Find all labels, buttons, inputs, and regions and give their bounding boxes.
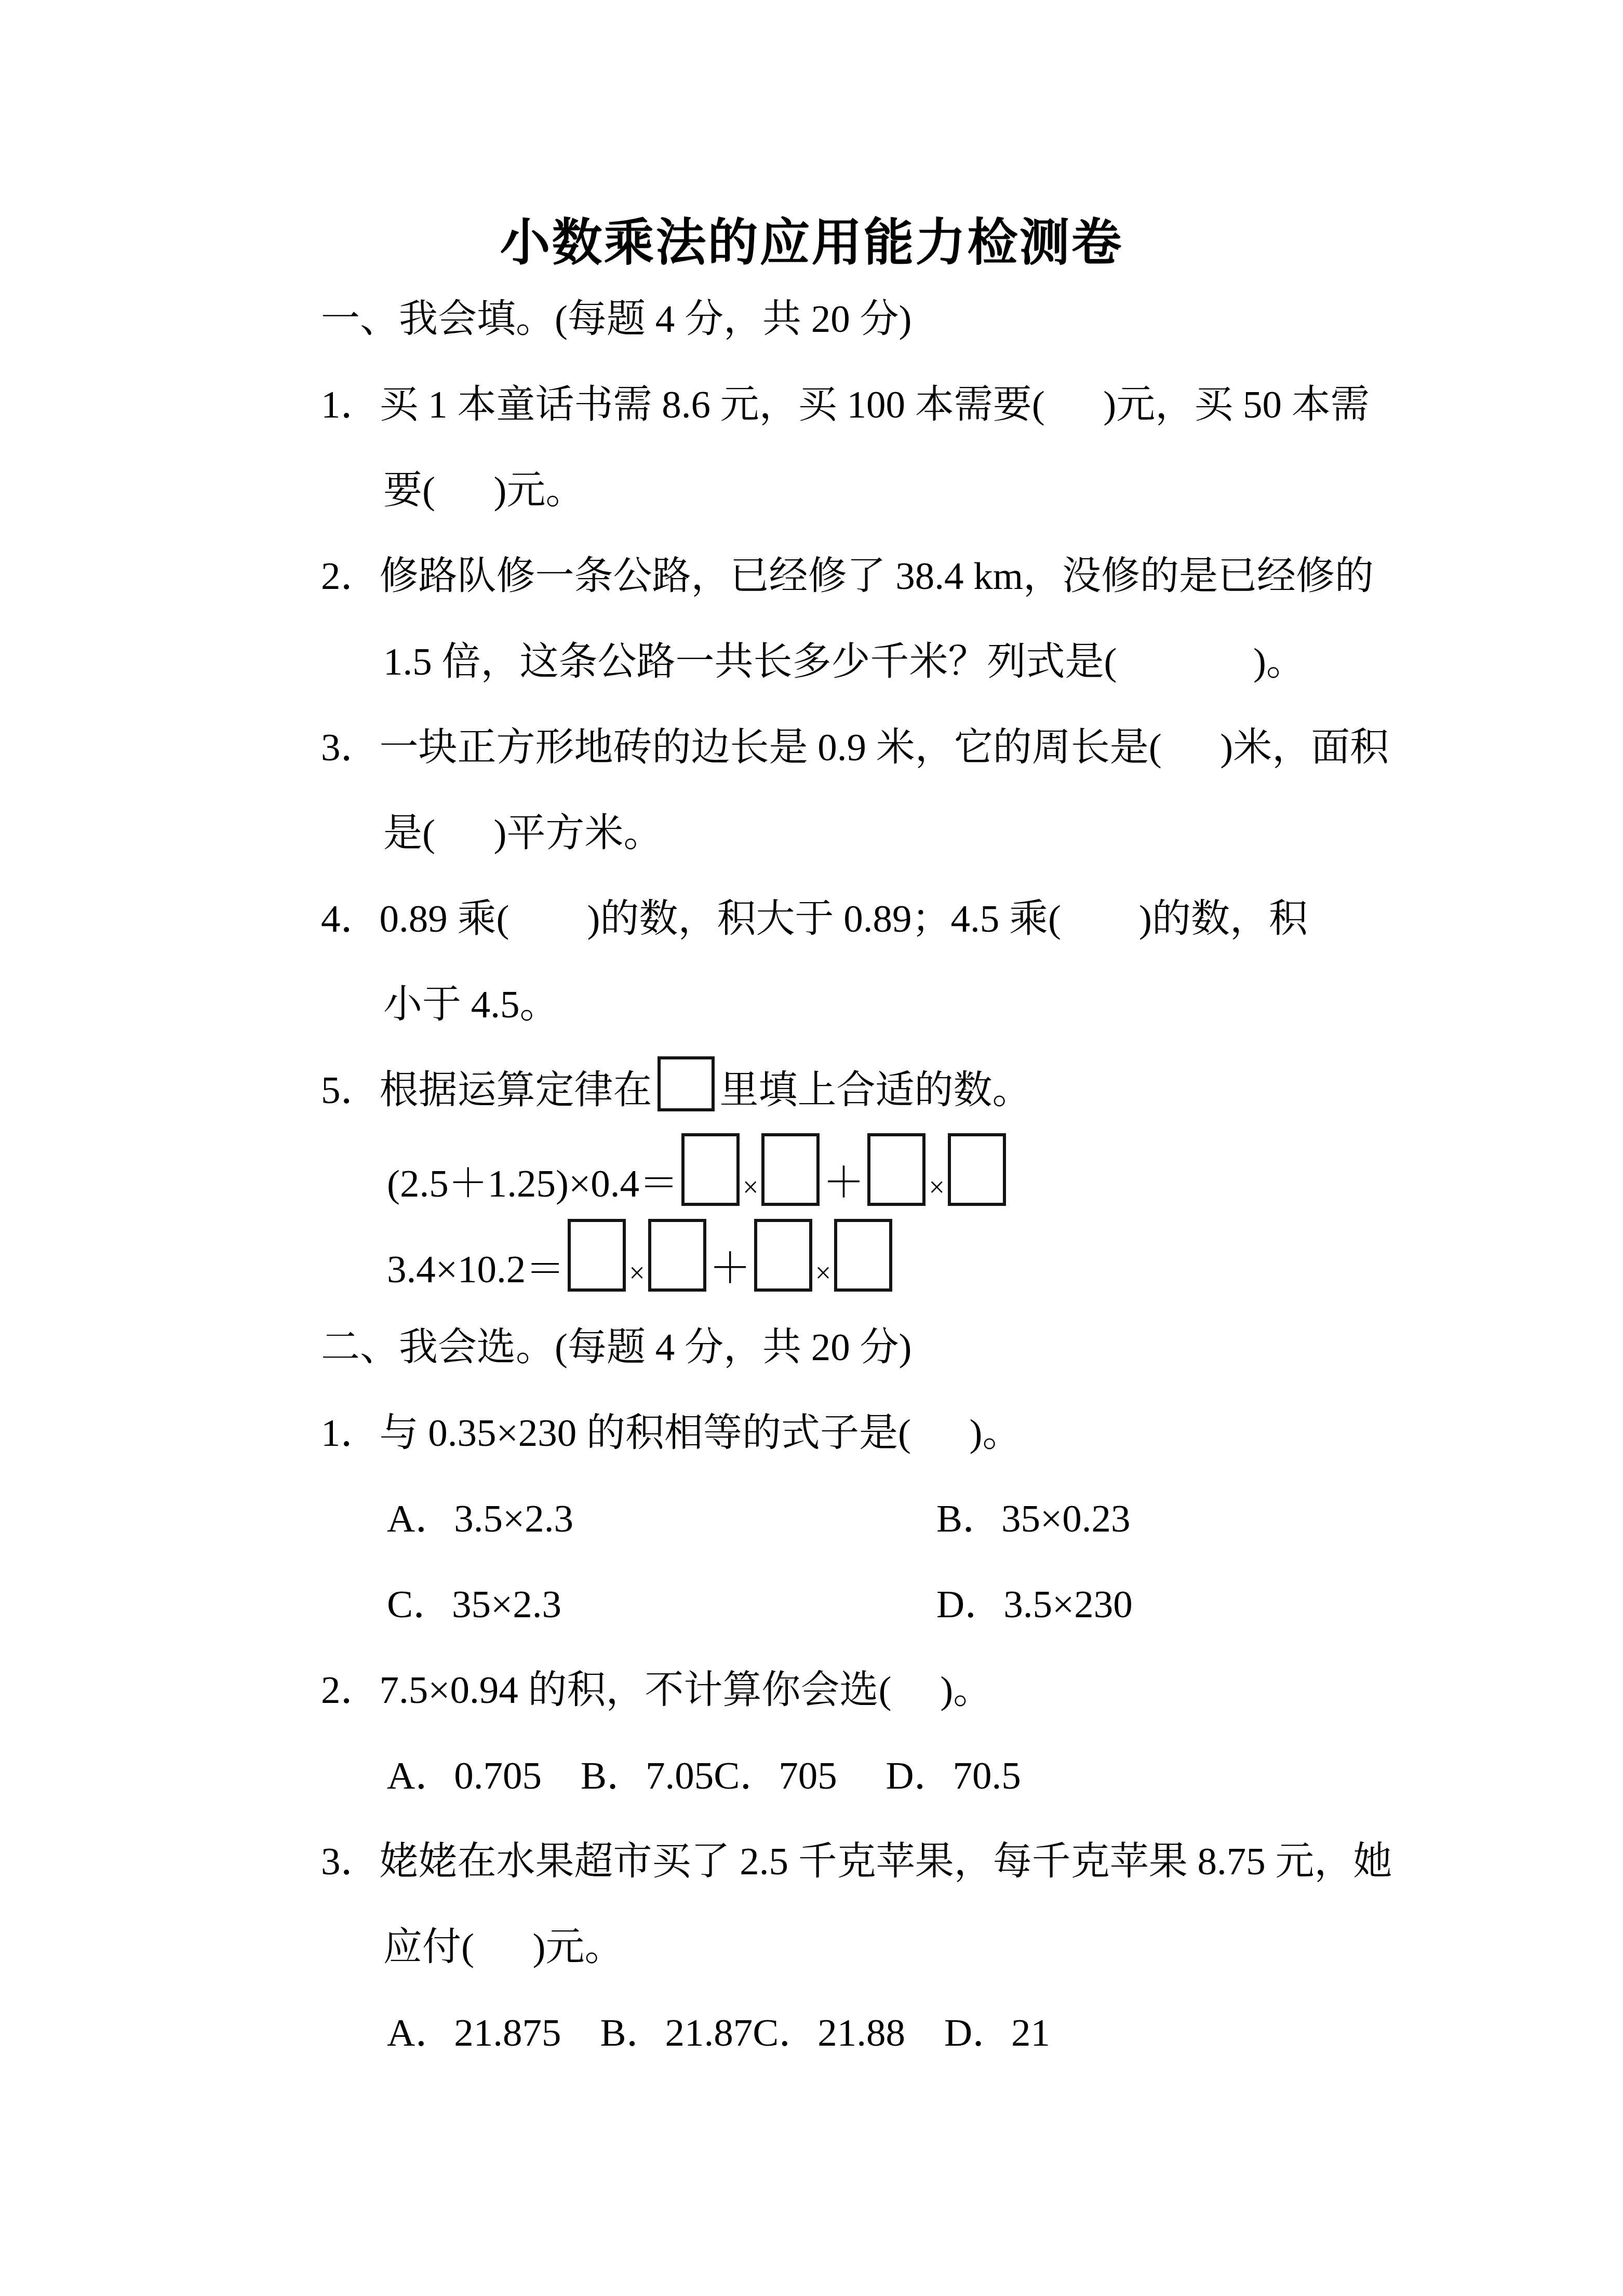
fill-in-box <box>681 1133 740 1206</box>
section2-q3-line2: 应付( )元。 <box>383 1904 1623 1990</box>
fill-in-box <box>834 1219 892 1292</box>
section2-q3-line1: 3．姥姥在水果超市买了 2.5 千克苹果，每千克苹果 8.75 元，她 <box>321 1819 1623 1904</box>
q1-line2: 要( )元。 <box>383 448 1623 533</box>
fill-in-box <box>658 1056 715 1111</box>
plus-sign: ＋ <box>709 1246 751 1292</box>
multiply-sign: × <box>629 1257 645 1288</box>
fill-in-box <box>648 1219 706 1292</box>
section2-q1-options-row-1: A．3.5×2.3B．35×0.23 <box>387 1476 1623 1562</box>
multiply-sign: × <box>815 1257 831 1288</box>
section1-header: 一、我会填。(每题 4 分，共 20 分) <box>321 276 1623 362</box>
q1-line1: 1．买 1 本童话书需 8.6 元，买 100 本需要( )元，买 50 本需 <box>321 362 1623 448</box>
q5-text-before-box: 5．根据运算定律在 <box>321 1069 652 1112</box>
worksheet-page: 小数乘法的应用能力检测卷 一、我会填。(每题 4 分，共 20 分) 1．买 1… <box>0 0 1623 2296</box>
formula1-left-side: (2.5＋1.25)×0.4＝ <box>387 1162 678 1205</box>
q3-line2: 是( )平方米。 <box>383 790 1623 876</box>
option-b: B．35×0.23 <box>936 1497 1131 1540</box>
fill-in-box <box>867 1133 925 1206</box>
page-title: 小数乘法的应用能力检测卷 <box>0 0 1623 276</box>
plus-sign: ＋ <box>823 1160 864 1206</box>
section2-q1-options-row-2: C．35×2.3D．3.5×230 <box>387 1562 1623 1647</box>
formula2-left-side: 3.4×10.2＝ <box>387 1248 565 1291</box>
multiply-sign: × <box>929 1172 944 1203</box>
section2-q1: 1．与 0.35×230 的积相等的式子是( )。 <box>321 1390 1623 1476</box>
q5-text-after-box: 里填上合适的数。 <box>720 1069 1031 1112</box>
fill-in-box <box>568 1219 626 1292</box>
section2-q2: 2．7.5×0.94 的积，不计算你会选( )。 <box>321 1647 1623 1733</box>
q5-formula-line-1: (2.5＋1.25)×0.4＝×＋× <box>387 1133 1623 1219</box>
q5-formula-line-2: 3.4×10.2＝×＋× <box>387 1219 1623 1305</box>
section2-q3-options: A．21.875 B．21.87C．21.88 D．21 <box>387 1990 1623 2076</box>
q4-line1: 4．0.89 乘( )的数，积大于 0.89；4.5 乘( )的数，积 <box>321 876 1623 962</box>
option-d: D．3.5×230 <box>936 1583 1133 1626</box>
q2-line1: 2．修路队修一条公路，已经修了 38.4 km，没修的是已经修的 <box>321 533 1623 619</box>
multiply-sign: × <box>743 1172 758 1203</box>
fill-in-box <box>948 1133 1006 1206</box>
q3-line1: 3．一块正方形地砖的边长是 0.9 米，它的周长是( )米，面积 <box>321 705 1623 790</box>
section2-q2-options: A．0.705 B．7.05C．705 D．70.5 <box>387 1733 1623 1819</box>
fill-in-box <box>754 1219 812 1292</box>
option-a: A．3.5×2.3 <box>387 1476 936 1562</box>
q5-line1: 5．根据运算定律在里填上合适的数。 <box>321 1048 1623 1133</box>
option-c: C．35×2.3 <box>387 1562 936 1647</box>
q4-line2: 小于 4.5。 <box>383 962 1623 1048</box>
section2-header: 二、我会选。(每题 4 分，共 20 分) <box>321 1305 1623 1390</box>
q2-line2: 1.5 倍，这条公路一共长多少千米？列式是( )。 <box>383 619 1623 705</box>
fill-in-box <box>761 1133 820 1206</box>
